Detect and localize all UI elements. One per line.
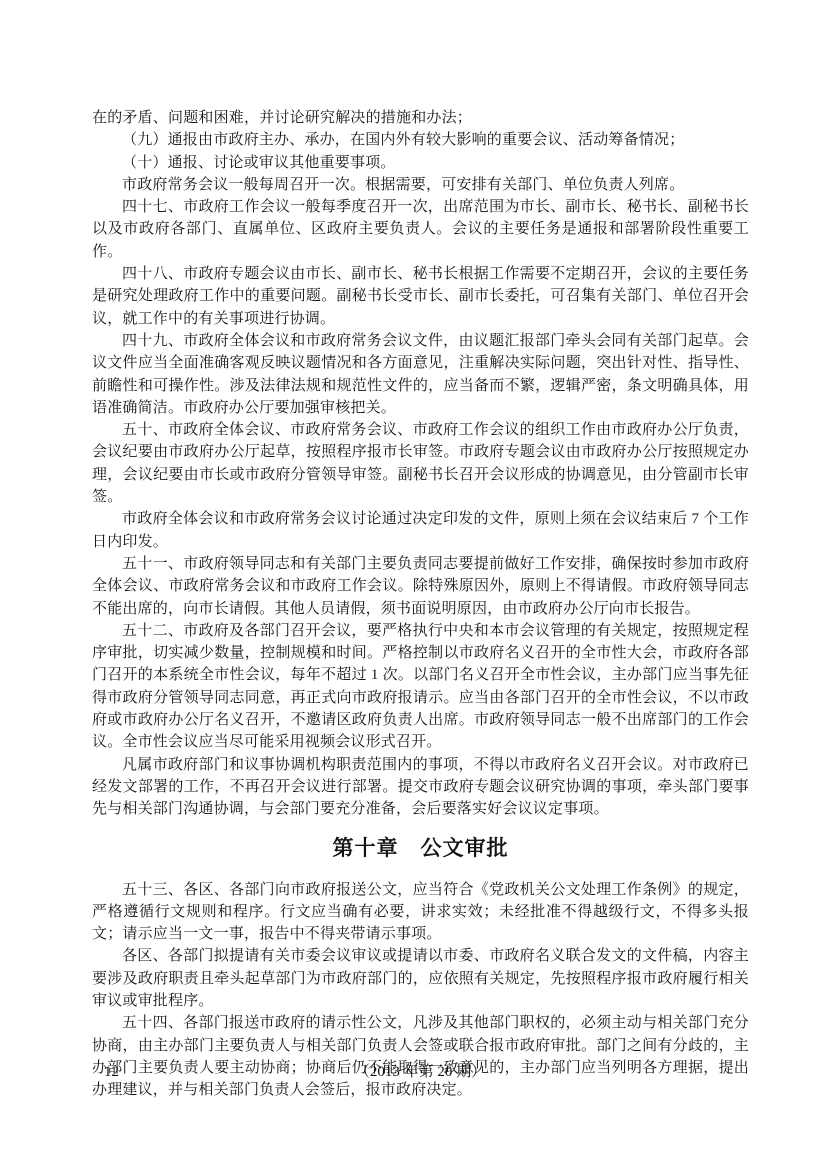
paragraph: 各区、各部门拟提请有关市委会议审议或提请以市委、市政府名义联合发文的文件稿，内容…: [92, 945, 749, 1012]
issue-label: （2013 年第 20 期）: [92, 1061, 749, 1083]
page-footer: 12 （2013 年第 20 期）: [92, 1061, 749, 1083]
paragraph-article-50: 五十、市政府全体会议、市政府常务会议、市政府工作会议的组织工作由市政府办公厅负责…: [92, 419, 749, 508]
scanned-document-page: 在的矛盾、问题和困难，并讨论研究解决的措施和办法； （九）通报由市政府主办、承办…: [0, 0, 827, 1170]
paragraph-article-51: 五十一、市政府领导同志和有关部门主要负责同志要提前做好工作安排，确保按时参加市政…: [92, 553, 749, 620]
paragraph-article-49: 四十九、市政府全体会议和市政府常务会议文件，由议题汇报部门牵头会同有关部门起草。…: [92, 330, 749, 419]
chapter-heading: 第十章 公文审批: [92, 834, 749, 862]
paragraph: （十）通报、讨论或审议其他重要事项。: [92, 152, 749, 174]
paragraph: 市政府常务会议一般每周召开一次。根据需要，可安排有关部门、单位负责人列席。: [92, 174, 749, 196]
paragraph-article-52: 五十二、市政府及各部门召开会议，要严格执行中央和本市会议管理的有关规定，按照规定…: [92, 620, 749, 754]
paragraph-article-54: 五十四、各部门报送市政府的请示性公文，凡涉及其他部门职权的，必须主动与相关部门充…: [92, 1012, 749, 1101]
paragraph-article-53: 五十三、各区、各部门向市政府报送公文，应当符合《党政机关公文处理工作条例》的规定…: [92, 879, 749, 946]
paragraph: 在的矛盾、问题和困难，并讨论研究解决的措施和办法；: [92, 107, 749, 129]
paragraph: 凡属市政府部门和议事协调机构职责范围内的事项，不得以市政府名义召开会议。对市政府…: [92, 754, 749, 821]
document-body: 在的矛盾、问题和困难，并讨论研究解决的措施和办法； （九）通报由市政府主办、承办…: [92, 107, 749, 1101]
paragraph-article-48: 四十八、市政府专题会议由市长、副市长、秘书长根据工作需要不定期召开，会议的主要任…: [92, 263, 749, 330]
paragraph: 市政府全体会议和市政府常务会议讨论通过决定印发的文件，原则上须在会议结束后 7 …: [92, 508, 749, 553]
paragraph-article-47: 四十七、市政府工作会议一般每季度召开一次，出席范围为市长、副市长、秘书长、副秘书…: [92, 196, 749, 263]
paragraph: （九）通报由市政府主办、承办，在国内外有较大影响的重要会议、活动筹备情况；: [92, 129, 749, 151]
